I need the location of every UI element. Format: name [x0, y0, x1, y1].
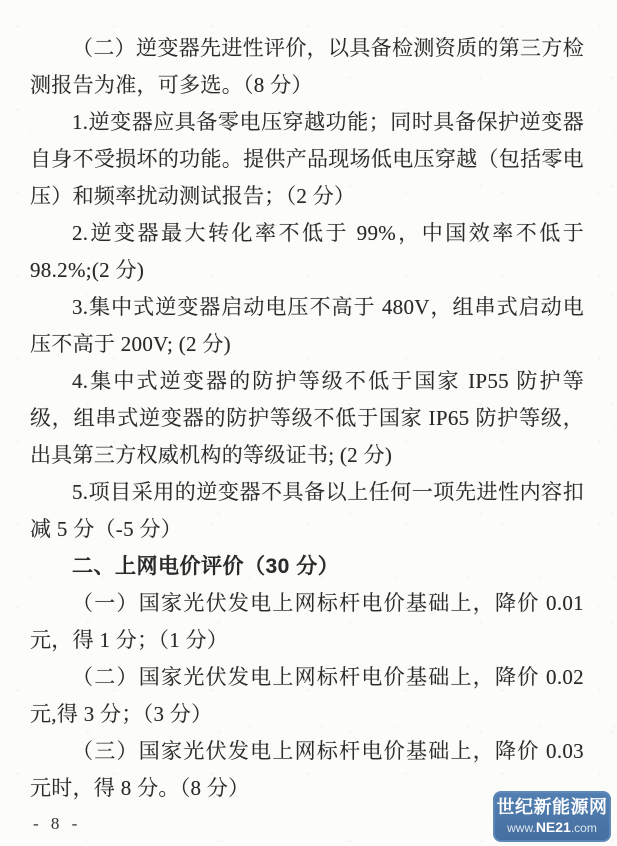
paragraph-item-1: 1.逆变器应具备零电压穿越功能；同时具备保护逆变器自身不受损坏的功能。提供产品现…: [30, 104, 584, 215]
paragraph-item-3: 3.集中式逆变器启动电压不高于 480V，组串式启动电压不高于 200V; (2…: [30, 289, 584, 363]
watermark-url-com: .com: [571, 821, 597, 835]
watermark-url-www: www.: [507, 821, 536, 835]
paragraph-section2-intro: （二）逆变器先进性评价，以具备检测资质的第三方检测报告为准，可多选。（8 分）: [30, 30, 584, 104]
watermark-url: www.NE21.com: [495, 820, 609, 836]
paragraph-price-2: （二）国家光伏发电上网标杆电价基础上，降价 0.02 元,得 3 分；（3 分）: [30, 659, 584, 733]
paragraph-price-1: （一）国家光伏发电上网标杆电价基础上，降价 0.01 元，得 1 分；（1 分）: [30, 585, 584, 659]
watermark-badge: 世纪新能源网 www.NE21.com: [493, 791, 611, 842]
paragraph-item-4: 4.集中式逆变器的防护等级不低于国家 IP55 防护等级，组串式逆变器的防护等级…: [30, 363, 584, 474]
watermark-site-name: 世纪新能源网: [495, 795, 609, 820]
section-heading-grid-price: 二、上网电价评价（30 分）: [30, 548, 584, 585]
watermark-url-ne21: NE21: [536, 819, 571, 835]
page-number: - 8 -: [33, 814, 81, 834]
scanned-document-page: （二）逆变器先进性评价，以具备检测资质的第三方检测报告为准，可多选。（8 分） …: [0, 0, 617, 846]
document-body: （二）逆变器先进性评价，以具备检测资质的第三方检测报告为准，可多选。（8 分） …: [30, 30, 584, 807]
paragraph-item-2: 2.逆变器最大转化率不低于 99%，中国效率不低于 98.2%;(2 分): [30, 215, 584, 289]
paragraph-item-5: 5.项目采用的逆变器不具备以上任何一项先进性内容扣减 5 分（-5 分）: [30, 474, 584, 548]
